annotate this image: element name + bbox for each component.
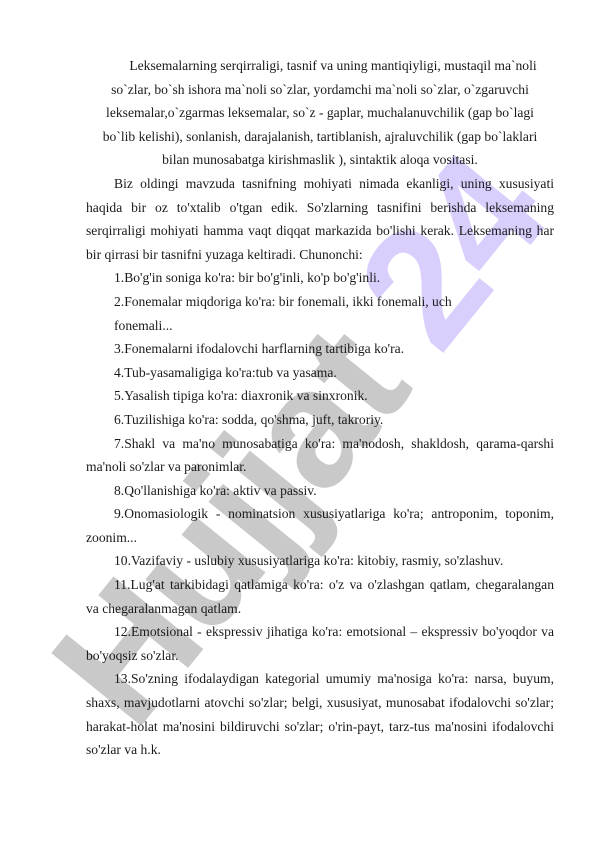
intro-paragraph: Biz oldingi mavzuda tasnifning mohiyati … — [86, 172, 554, 266]
list-item: 8.Qo'llanishiga ko'ra: aktiv va passiv. — [86, 479, 554, 503]
list-item: 9.Onomasiologik - nominatsion xususiyatl… — [86, 502, 554, 549]
list-item: 2.Fonemalar miqdoriga ko'ra: bir fonemal… — [86, 290, 554, 314]
title-line: so`zlar, bo`sh ishora ma`noli so`zlar, y… — [88, 78, 552, 102]
title-line: leksemalar,o`zgarmas leksemalar, so`z - … — [88, 101, 552, 125]
document-title: Leksemalarning serqirraligi, tasnif va u… — [86, 54, 554, 172]
title-line: bo`lib kelishi), sonlanish, darajalanish… — [88, 125, 552, 149]
list-item: 13.So'zning ifodalaydigan kategorial umu… — [86, 667, 554, 761]
document-page: Leksemalarning serqirraligi, tasnif va u… — [86, 54, 554, 762]
list-item: 12.Emotsional - ekspressiv jihatiga ko'r… — [86, 620, 554, 667]
list-item: 4.Tub-yasamaligiga ko'ra:tub va yasama. — [86, 361, 554, 385]
list-item: 3.Fonemalarni ifodalovchi harflarning ta… — [86, 337, 554, 361]
list-item: 1.Bo'g'in soniga ko'ra: bir bo'g'inli, k… — [86, 266, 554, 290]
list-item: 7.Shakl va ma'no munosabatiga ko'ra: ma'… — [86, 432, 554, 479]
list-item: 11.Lug'at tarkibidagi qatlamiga ko'ra: o… — [86, 573, 554, 620]
list-item: 10.Vazifaviy - uslubiy xususiyatlariga k… — [86, 549, 554, 573]
list-item-continuation: fonemali... — [86, 314, 554, 338]
title-line: bilan munosabatga kirishmaslik ), sintak… — [88, 148, 552, 172]
list-item: 5.Yasalish tipiga ko'ra: diaxronik va si… — [86, 384, 554, 408]
list-item: 6.Tuzilishiga ko'ra: sodda, qo'shma, juf… — [86, 408, 554, 432]
title-line: Leksemalarning serqirraligi, tasnif va u… — [88, 54, 552, 78]
